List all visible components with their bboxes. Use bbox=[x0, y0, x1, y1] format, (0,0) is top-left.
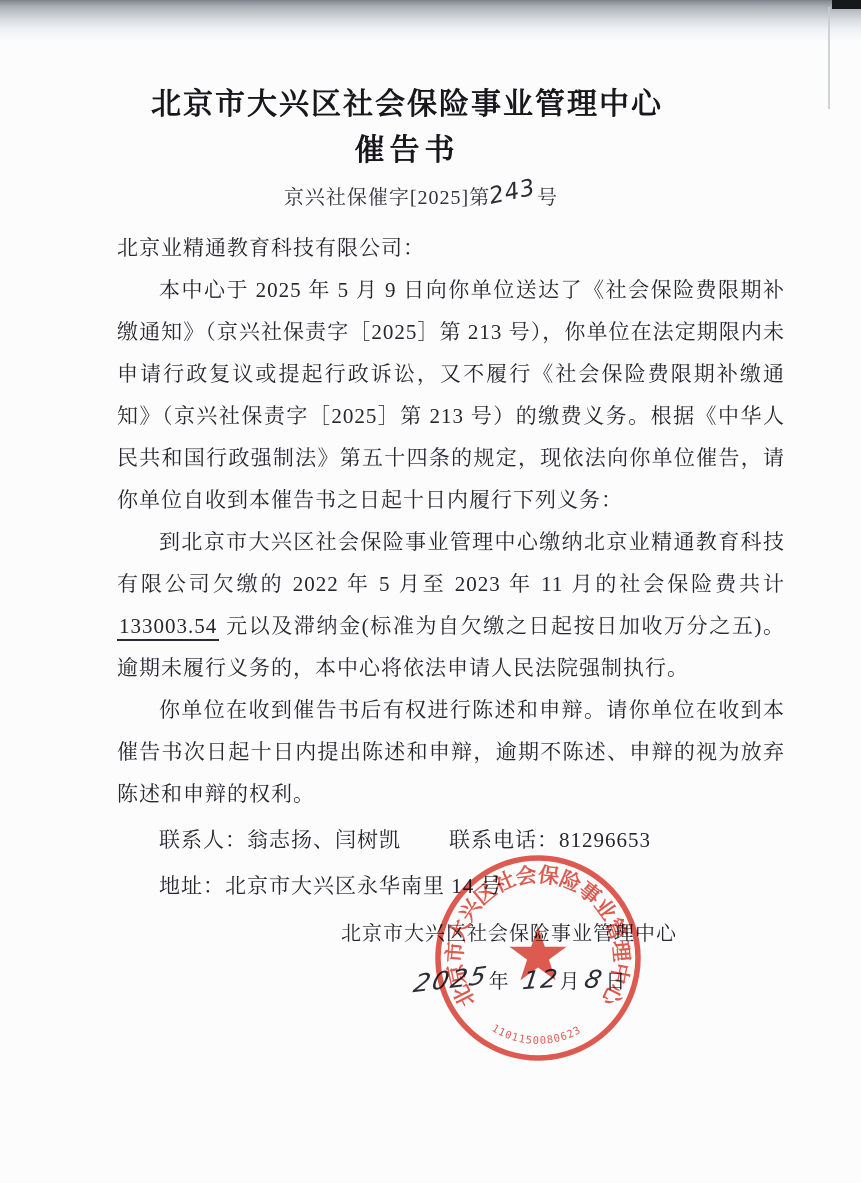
phone-label: 联系电话： bbox=[449, 828, 559, 852]
date-month-unit: 月 bbox=[559, 971, 579, 993]
date-day-unit: 日 bbox=[605, 971, 625, 993]
paragraph-2: 到北京市大兴区社会保险事业管理中心缴纳北京业精通教育科技有限公司欠缴的 2022… bbox=[117, 521, 785, 689]
document-subtitle: 催告书 bbox=[117, 132, 697, 170]
stamp-serial-container: 1101150080623 bbox=[490, 1022, 584, 1047]
paragraph-1: 本中心于 2025 年 5 月 9 日向你单位送达了《社会保险费限期补缴通知》（… bbox=[117, 269, 785, 521]
stamp-serial-number: 1101150080623 bbox=[490, 1022, 584, 1047]
contact-names: 翁志扬、闫树凯 bbox=[247, 828, 401, 852]
paragraph-2-text-before: 到北京市大兴区社会保险事业管理中心缴纳北京业精通教育科技有限公司欠缴的 2022… bbox=[117, 530, 785, 596]
document-number: 京兴社保催字[2025]第243号 bbox=[117, 182, 785, 213]
scanned-document-page: 北京市大兴区社会保险事业管理中心 催告书 京兴社保催字[2025]第243号 北… bbox=[0, 0, 861, 1183]
phone-number: 81296653 bbox=[559, 828, 651, 852]
date-year-unit: 年 bbox=[489, 971, 509, 993]
phone-group: 联系电话：81296653 bbox=[449, 828, 651, 852]
scan-artifact-edge-line bbox=[828, 7, 830, 109]
overdue-amount: 133003.54 bbox=[117, 614, 219, 641]
paragraph-3: 你单位在收到催告书后有权进行陈述和申辩。请你单位在收到本催告书次日起十日内提出陈… bbox=[117, 689, 785, 815]
doc-number-suffix: 号 bbox=[537, 187, 558, 209]
document-title: 北京市大兴区社会保险事业管理中心 bbox=[117, 86, 697, 124]
date-month-handwritten: 12 bbox=[519, 958, 561, 1002]
address-line: 地址：北京市大兴区永华南里 14 号 bbox=[117, 865, 785, 907]
contact-label: 联系人： bbox=[159, 828, 247, 852]
scan-artifact-corner-mark bbox=[832, 0, 861, 9]
doc-number-prefix: 京兴社保催字[2025]第 bbox=[284, 187, 490, 209]
contact-line: 联系人：翁志扬、闫树凯联系电话：81296653 bbox=[117, 819, 785, 861]
salutation: 北京业精通教育科技有限公司： bbox=[117, 227, 785, 269]
doc-number-handwritten: 243 bbox=[487, 173, 539, 212]
address-label: 地址： bbox=[159, 874, 225, 898]
issuer-signature: 北京市大兴区社会保险事业管理中心 bbox=[117, 913, 785, 955]
address-value: 北京市大兴区永华南里 14 号 bbox=[225, 874, 503, 898]
document-content: 北京市大兴区社会保险事业管理中心 催告书 京兴社保催字[2025]第243号 北… bbox=[117, 0, 785, 1003]
document-header: 北京市大兴区社会保险事业管理中心 催告书 bbox=[117, 86, 785, 170]
issue-date: 2025年12月8日 bbox=[415, 959, 785, 1003]
date-year-handwritten: 2025 bbox=[410, 955, 492, 1005]
